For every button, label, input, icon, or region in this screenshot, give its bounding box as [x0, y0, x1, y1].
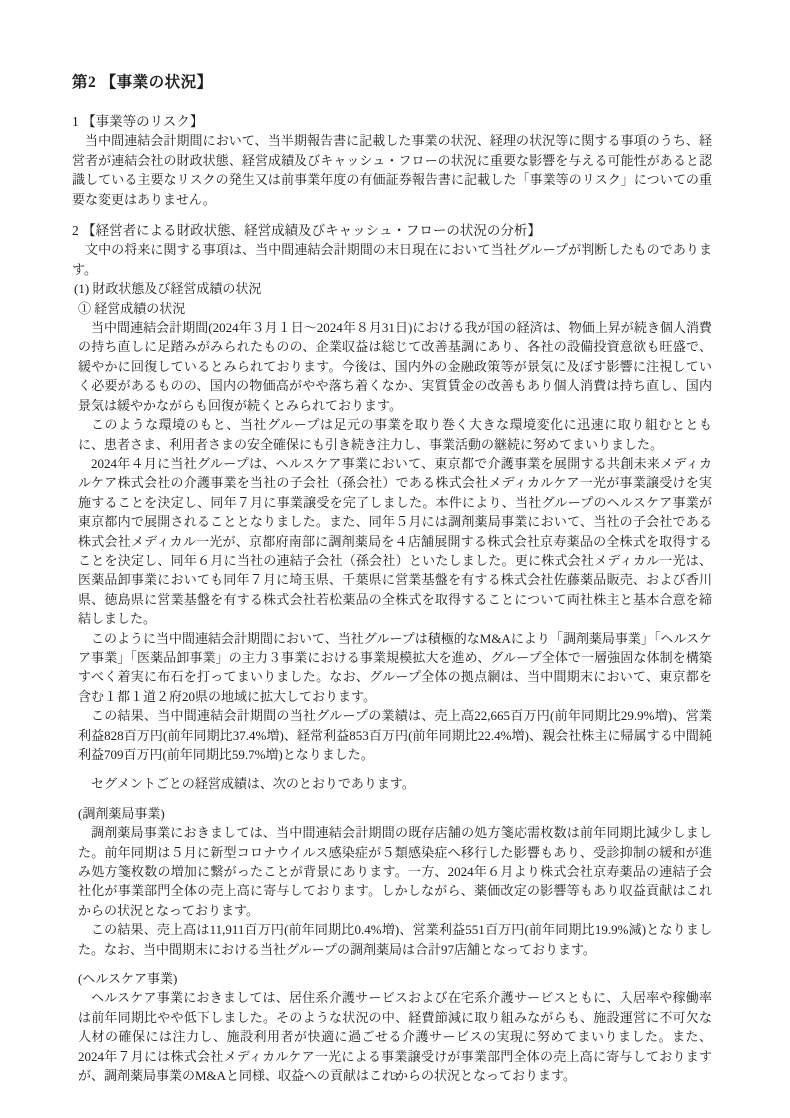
segment-paragraph: 調剤薬局事業におきましては、当中間連結会計期間の既存店舗の処方箋応需枚数は前年同…	[78, 823, 712, 920]
operating-results-body: 当中間連結会計期間(2024年３月１日～2024年８月31日)における我が国の経…	[78, 318, 712, 1085]
segment-paragraph: この結果、売上高は11,911百万円(前年同期比0.4%増)、営業利益551百万…	[78, 920, 712, 959]
operating-results-subheading: ① 経営成績の状況	[78, 299, 712, 318]
paragraph-consolidated-results: この結果、当中間連結会計期間の当社グループの業績は、売上高22,665百万円(前…	[78, 706, 712, 764]
risk-paragraph: 当中間連結会計期間において、当半期報告書に記載した事業の状況、経理の状況等に関す…	[72, 131, 712, 209]
paragraph-economy: 当中間連結会計期間(2024年３月１日～2024年８月31日)における我が国の経…	[78, 318, 712, 415]
section-management-analysis: 2 【経営者による財政状態、経営成績及びキャッシュ・フローの状況の分析】 文中の…	[72, 221, 712, 1085]
paragraph-group-expansion: このように当中間連結会計期間において、当社グループは積極的なM&Aにより「調剤薬…	[78, 629, 712, 707]
analysis-intro: 文中の将来に関する事項は、当中間連結会計期間の末日現在において当社グループが判断…	[72, 240, 712, 279]
segment-intro: セグメントごとの経営成績は、次のとおりであります。	[78, 774, 712, 793]
segment-title: (ヘルスケア事業)	[78, 969, 712, 988]
financial-position-subheading: (1) 財政状態及び経営成績の状況	[74, 279, 712, 298]
segment-pharmacy: (調剤薬局事業) 調剤薬局事業におきましては、当中間連結会計期間の既存店舗の処方…	[78, 804, 712, 959]
analysis-section-heading: 2 【経営者による財政状態、経営成績及びキャッシュ・フローの状況の分析】	[72, 221, 712, 240]
paragraph-ma-activity: 2024年４月に当社グループは、ヘルスケア事業において、東京都で介護事業を展開す…	[78, 454, 712, 629]
document-page: 第2 【事業の状況】 1 【事業等のリスク】 当中間連結会計期間において、当半期…	[0, 0, 790, 1118]
section-business-risks: 1 【事業等のリスク】 当中間連結会計期間において、当半期報告書に記載した事業の…	[72, 112, 712, 209]
risk-section-heading: 1 【事業等のリスク】	[72, 112, 712, 131]
chapter-heading: 第2 【事業の状況】	[72, 72, 712, 94]
segment-title: (調剤薬局事業)	[78, 804, 712, 823]
paragraph-environment: このような環境のもと、当社グループは足元の事業を取り巻く大きな環境変化に迅速に取…	[78, 415, 712, 454]
page-number: 3	[0, 1067, 790, 1086]
